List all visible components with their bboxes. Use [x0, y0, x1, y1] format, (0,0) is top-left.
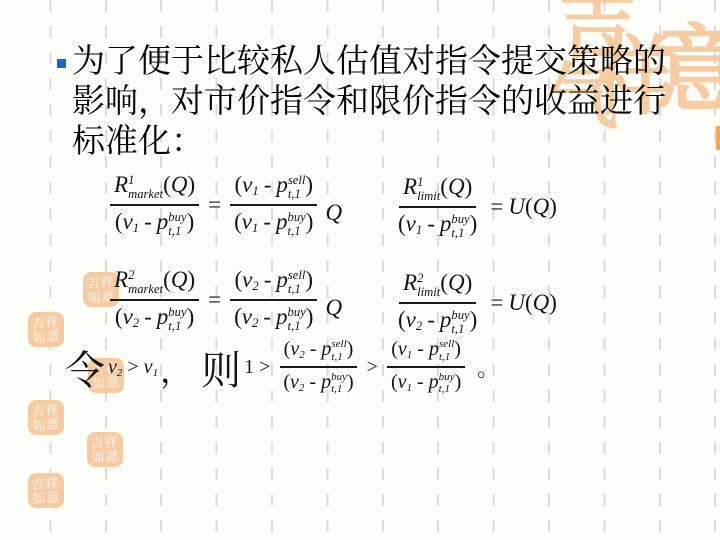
formula-normalized-market-return-v2: R2market(Q)(v2-pbuyt,1)=(v2-psellt,1)(v2…	[106, 260, 342, 340]
text-line-1: 为了便于比较私人估值对指令提交策略的	[72, 42, 666, 82]
text-line-3: 标准化：	[72, 122, 666, 162]
formula-normalized-limit-return-v2: R2limit(Q)(v2-pbuyt,1)=U(Q)	[390, 263, 557, 343]
formula-return-inequality: 令v2>v1，则1>(v2-psellt,1)(v2-pbuyt,1)>(v1-…	[62, 336, 502, 398]
seal-stamp: 吉祥如意	[28, 400, 64, 435]
seal-stamp: 吉祥如意	[87, 432, 123, 467]
slide: 吉祥意气 吉祥如意吉祥如意吉祥如意吉祥如意吉祥如意吉祥如意 为了便于比较私人估值…	[0, 0, 720, 540]
seal-stamp: 吉祥如意	[28, 473, 64, 508]
slide-text-block: 为了便于比较私人估值对指令提交策略的 影响，对市价指令和限价指令的收益进行 标准…	[72, 42, 666, 162]
seal-stamp: 吉祥如意	[28, 312, 64, 347]
bullet-marker	[57, 59, 66, 68]
formula-normalized-market-return-v1: R1market(Q)(v1-pbuyt,1)=(v1-psellt,1)(v1…	[106, 166, 342, 244]
ornament-accent-bar	[716, 126, 720, 150]
formula-normalized-limit-return-v1: R1limit(Q)(v1-pbuyt,1)=U(Q)	[390, 168, 557, 246]
text-line-2: 影响，对市价指令和限价指令的收益进行	[72, 82, 666, 122]
